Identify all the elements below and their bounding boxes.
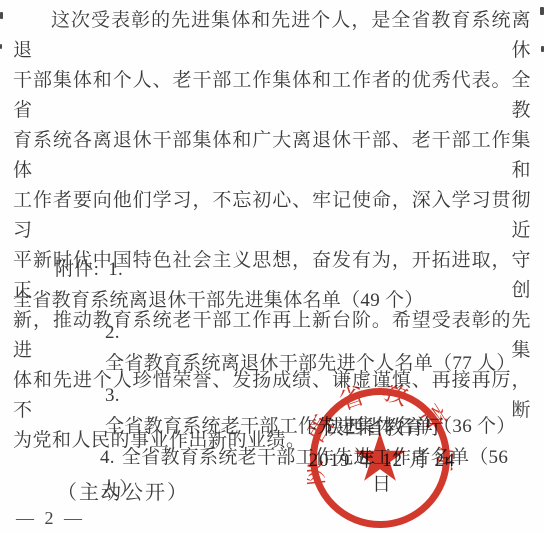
body-line: 干部集体和个人、老干部工作集体和工作者的优秀代表。全省教 — [13, 66, 531, 126]
body-line: 育系统各离退休干部集体和广大离退休干部、老干部工作集体和 — [13, 126, 531, 186]
attachment-number: 4. — [100, 447, 115, 468]
attachment-item: 附件:1.全省教育系统离退休干部先进集体名单（49 个） — [13, 254, 538, 317]
attachment-title: 全省教育系统离退休干部先进集体名单（49 个） — [13, 290, 424, 311]
scan-speck — [0, 12, 3, 19]
attachment-item: 2.全省教育系统离退休干部先进个人名单（77 人） — [13, 317, 538, 380]
disclosure-note: （主动公开） — [57, 481, 189, 505]
page-number: — 2 — — [16, 507, 85, 529]
seal-star-icon — [354, 432, 405, 481]
attachment-number: 3. — [105, 385, 120, 406]
body-line: 这次受表彰的先进集体和先进个人，是全省教育系统离退休 — [13, 6, 531, 66]
scan-speck — [0, 44, 2, 49]
attachment-number: 2. — [105, 322, 120, 343]
official-seal-icon: 陕西省教育厅 — [307, 385, 453, 531]
document-page: 这次受表彰的先进集体和先进个人，是全省教育系统离退休 干部集体和个人、老干部工作… — [0, 0, 544, 533]
attachment-title: 全省教育系统离退休干部先进个人名单（77 人） — [105, 353, 516, 374]
attachments-label: 附件: — [55, 259, 99, 280]
attachment-item: 3.全省教育系统老干部工作先进集体名单（36 个） — [13, 380, 538, 443]
body-line: 工作者要向他们学习，不忘初心、牢记使命，深入学习贯彻习近 — [13, 186, 531, 246]
attachment-number: 1. — [108, 259, 123, 280]
scan-speck — [540, 7, 544, 15]
